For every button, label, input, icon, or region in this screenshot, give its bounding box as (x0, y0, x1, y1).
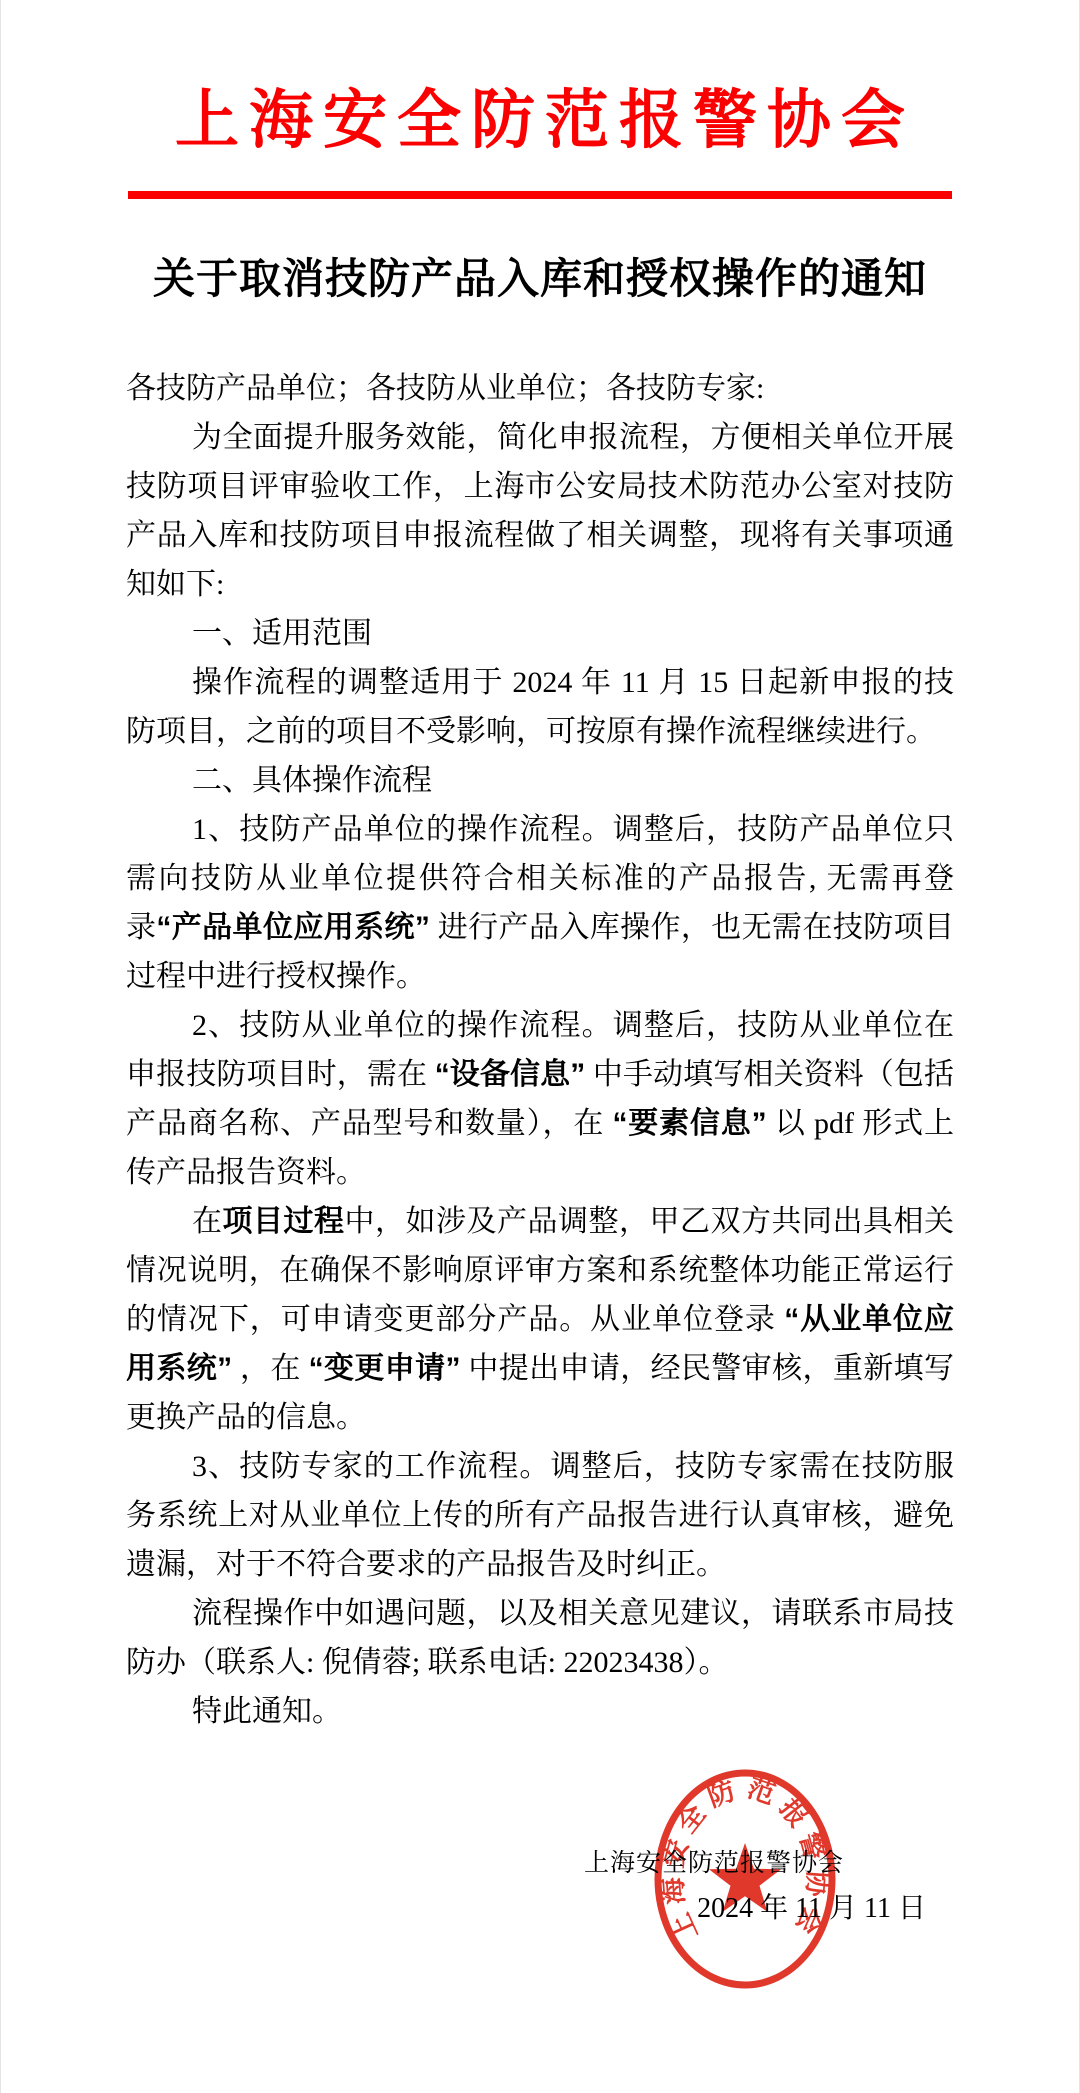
paragraph: 在项目过程中，如涉及产品调整，甲乙双方共同出具相关情况说明，在确保不影响原评审方… (126, 1197, 954, 1442)
paragraph: 一、适用范围 (126, 609, 954, 658)
emphasized-text: “变更申请” (309, 1352, 461, 1385)
paragraph: 各技防产品单位；各技防从业单位；各技防专家: (126, 364, 954, 413)
document-body: 各技防产品单位；各技防从业单位；各技防专家:为全面提升服务效能，简化申报流程，方… (126, 364, 954, 1736)
paragraph: 特此通知。 (126, 1687, 954, 1736)
paragraph: 二、具体操作流程 (126, 756, 954, 805)
notice-title: 关于取消技防产品入库和授权操作的通知 (1, 254, 1079, 306)
seal-star-icon (709, 1843, 781, 1912)
body-text: 为全面提升服务效能，简化申报流程，方便相关单位开展技防项目评审验收工作，上海市公… (126, 421, 954, 601)
emphasized-text: “要素信息” (612, 1107, 766, 1140)
paragraph: 操作流程的调整适用于 2024 年 11 月 15 日起新申报的技防项目，之前的… (126, 658, 954, 756)
emphasized-text: “设备信息” (435, 1058, 586, 1091)
body-text: 各技防产品单位；各技防从业单位；各技防专家: (126, 372, 764, 405)
body-text: 特此通知。 (192, 1695, 342, 1728)
body-text: 二、具体操作流程 (192, 764, 432, 797)
body-text: ，在 (232, 1352, 309, 1385)
paragraph: 1、技防产品单位的操作流程。调整后，技防产品单位只需向技防从业单位提供符合相关标… (126, 805, 954, 1001)
paragraph: 2、技防从业单位的操作流程。调整后，技防从业单位在申报技防项目时，需在 “设备信… (126, 1001, 954, 1197)
paragraph: 3、技防专家的工作流程。调整后，技防专家需在技防服务系统上对从业单位上传的所有产… (126, 1442, 954, 1589)
official-seal: 上海安全防范报警协会 (649, 1766, 841, 2000)
official-seal-graphic: 上海安全防范报警协会 (649, 1766, 841, 2000)
body-text: 在 (192, 1205, 223, 1238)
paragraph: 为全面提升服务效能，简化申报流程，方便相关单位开展技防项目评审验收工作，上海市公… (126, 413, 954, 609)
org-title: 上海安全防范报警协会 (1, 0, 1079, 156)
body-text: 流程操作中如遇问题，以及相关意见建议，请联系市局技防办（联系人: 倪倩蓉; 联系… (126, 1597, 954, 1679)
body-text: 一、适用范围 (192, 617, 372, 650)
notice-document-page: 上海安全防范报警协会 关于取消技防产品入库和授权操作的通知 各技防产品单位；各技… (0, 0, 1080, 2093)
emphasized-text: 项目过程 (223, 1205, 345, 1238)
body-text: 操作流程的调整适用于 2024 年 11 月 15 日起新申报的技防项目，之前的… (126, 666, 954, 748)
emphasized-text: “产品单位应用系统” (156, 911, 430, 944)
red-divider (128, 191, 952, 199)
paragraph: 流程操作中如遇问题，以及相关意见建议，请联系市局技防办（联系人: 倪倩蓉; 联系… (126, 1589, 954, 1687)
body-text: 3、技防专家的工作流程。调整后，技防专家需在技防服务系统上对从业单位上传的所有产… (126, 1450, 954, 1581)
